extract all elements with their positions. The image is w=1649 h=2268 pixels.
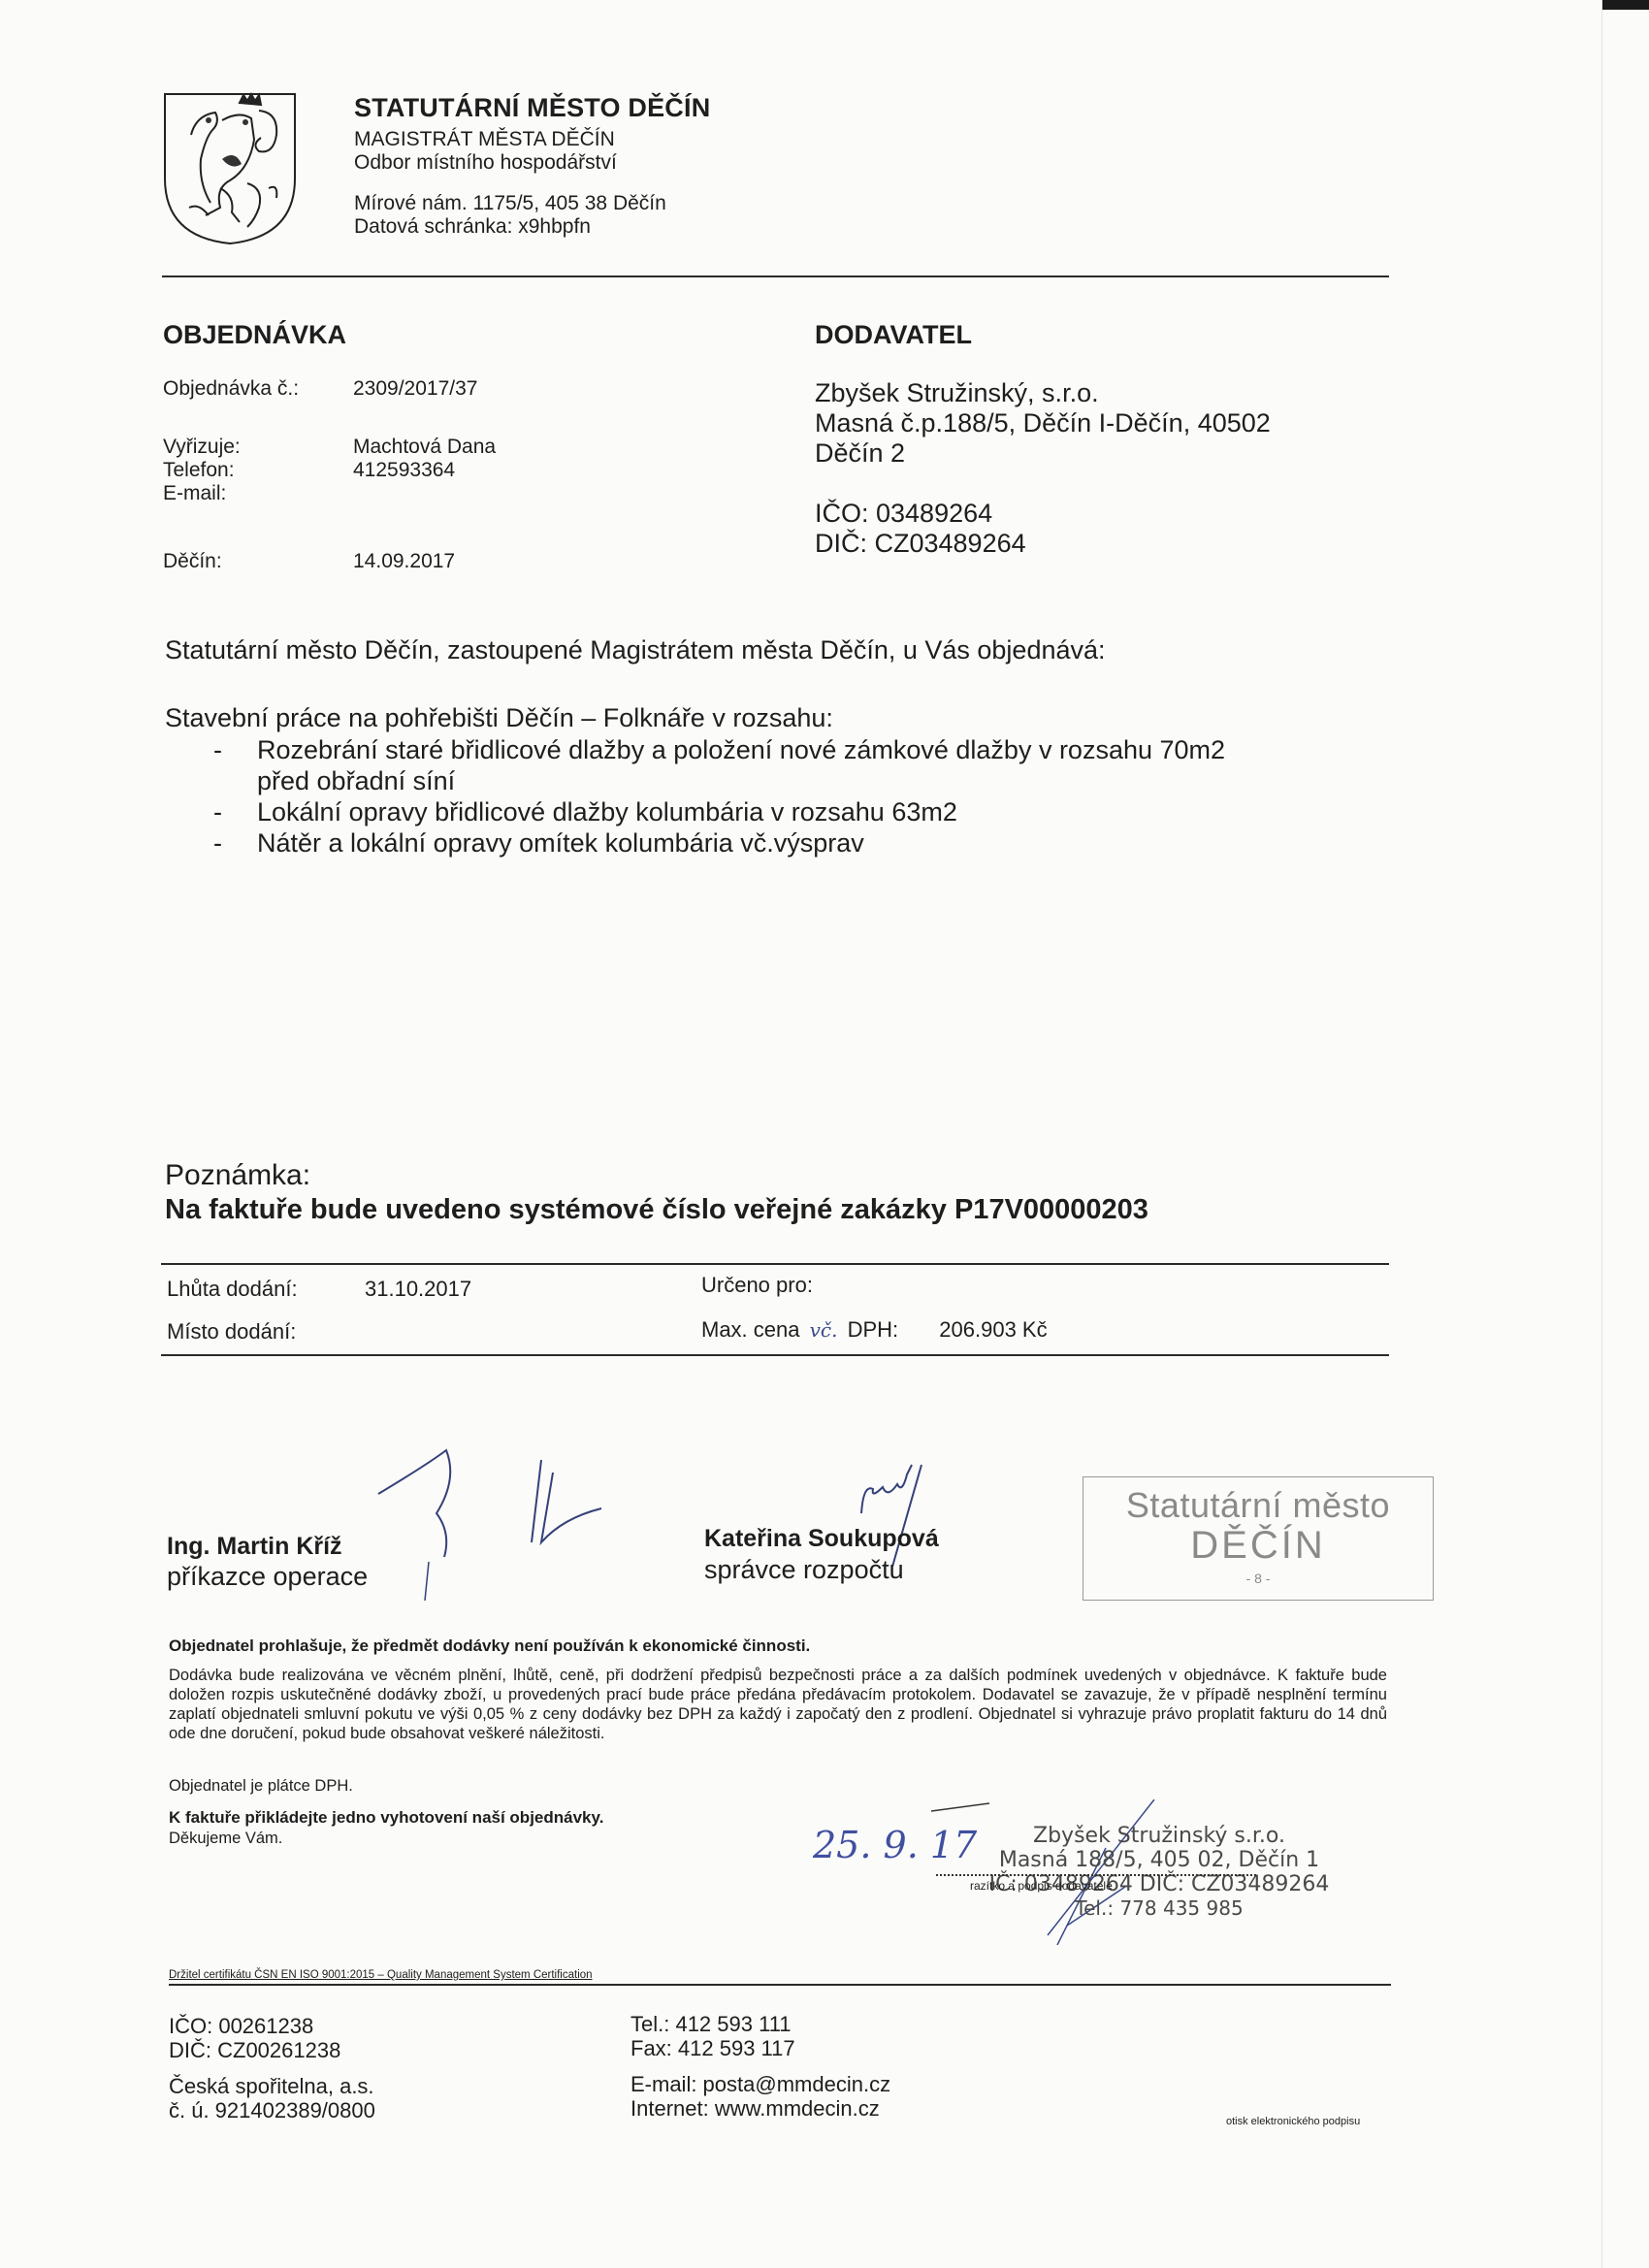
esign-caption: otisk elektronického podpisu: [1226, 2116, 1360, 2127]
city-stamp-line1: Statutární město: [1083, 1485, 1433, 1526]
order-number-value: 2309/2017/37: [353, 377, 477, 401]
signature-kriz-icon: [369, 1445, 621, 1601]
note-text: Na faktuře bude uvedeno systémové číslo …: [165, 1194, 1148, 1226]
handler-value: Machtová Dana: [353, 436, 496, 459]
supplier-stamp-line2: Masná 188/5, 405 02, Děčín 1: [980, 1848, 1339, 1872]
left-signer-name: Ing. Martin Kříž: [167, 1533, 342, 1561]
footer-bank: Česká spořitelna, a.s.: [169, 2074, 375, 2098]
date-value: 14.09.2017: [353, 550, 455, 573]
supplier-stamp: Zbyšek Stružinský s.r.o. Masná 188/5, 40…: [980, 1824, 1339, 1920]
supplier-stamp-line4: Tel.: 778 435 985: [980, 1896, 1339, 1920]
scope-item: - Lokální opravy břidlicové dlažby kolum…: [165, 796, 1426, 827]
supplier-name: Zbyšek Stružinský, s.r.o.: [815, 378, 1271, 408]
footer-left-block: IČO: 00261238 DIČ: CZ00261238 Česká spoř…: [169, 2014, 375, 2122]
scan-edge-artifact: [1602, 0, 1649, 10]
header-divider: [162, 275, 1389, 277]
dash-bullet: -: [213, 734, 222, 765]
scope-item-line: Rozebrání staré břidlicové dlažby a polo…: [257, 734, 1426, 765]
footer-email[interactable]: E-mail: posta@mmdecin.cz: [630, 2072, 890, 2096]
certification: Držitel certifikátu ČSN EN ISO 9001:2015…: [169, 1969, 593, 1981]
intended-for-label: Určeno pro:: [701, 1273, 813, 1298]
supplier-stamp-line1: Zbyšek Stružinský s.r.o.: [980, 1824, 1339, 1848]
city-stamp-line3: - 8 -: [1083, 1571, 1433, 1586]
declaration: Objednatel prohlašuje, že předmět dodávk…: [169, 1636, 810, 1656]
supplier-dic: DIČ: CZ03489264: [815, 529, 1271, 559]
deadline-value: 31.10.2017: [365, 1277, 471, 1302]
max-price-row: Max. cena vč. DPH: 206.903 Kč: [701, 1317, 1048, 1343]
supplier-ico: IČO: 03489264: [815, 499, 1271, 529]
org-title: STATUTÁRNÍ MĚSTO DĚČÍN: [354, 93, 710, 123]
delivery-bottom-divider: [161, 1354, 1389, 1356]
phone-value: 412593364: [353, 459, 455, 482]
intro-text: Statutární město Děčín, zastoupené Magis…: [165, 634, 1106, 665]
org-subtitle: MAGISTRÁT MĚSTA DĚČÍN: [354, 128, 617, 151]
scope-items: - Rozebrání staré břidlicové dlažby a po…: [165, 734, 1426, 859]
department: Odbor místního hospodářství: [354, 151, 617, 175]
delivery-top-divider: [161, 1263, 1389, 1265]
dash-bullet: -: [213, 827, 222, 859]
city-stamp-line2: DĚČÍN: [1083, 1526, 1433, 1565]
footer-dic: DIČ: CZ00261238: [169, 2038, 375, 2062]
order-number-label: Objednávka č.:: [163, 377, 299, 401]
max-price-label: Max. cena: [701, 1317, 800, 1342]
vat-label: DPH:: [848, 1317, 899, 1342]
supplier-block: Zbyšek Stružinský, s.r.o. Masná č.p.188/…: [815, 378, 1271, 559]
scope-item: - Nátěr a lokální opravy omítek kolumbár…: [165, 827, 1426, 859]
attach-note: K faktuře přikládejte jedno vyhotovení n…: [169, 1808, 603, 1828]
terms-paragraph: Dodávka bude realizována ve věcném plněn…: [169, 1666, 1387, 1743]
handler-label: Vyřizuje:: [163, 436, 241, 459]
place-label: Místo dodání:: [167, 1319, 296, 1345]
scope-item: - Rozebrání staré břidlicové dlažby a po…: [165, 734, 1426, 796]
scope-item-line: před obřadní síní: [257, 765, 1426, 796]
date-label: Děčín:: [163, 550, 222, 573]
vat-payer-note: Objednatel je plátce DPH.: [169, 1777, 353, 1796]
footer-divider: [169, 1984, 1391, 1986]
scan-line-artifact: [1601, 0, 1602, 2268]
right-signer-name: Kateřina Soukupová: [704, 1525, 939, 1553]
email-label: E-mail:: [163, 482, 226, 505]
signature-line: [936, 1874, 1256, 1876]
footer-account: č. ú. 921402389/0800: [169, 2098, 375, 2122]
scope-item-line: Nátěr a lokální opravy omítek kolumbária…: [257, 827, 1426, 859]
coat-of-arms-icon: [162, 91, 298, 246]
footer-web[interactable]: Internet: www.mmdecin.cz: [630, 2096, 890, 2121]
city-stamp: Statutární město DĚČÍN - 8 -: [1083, 1476, 1434, 1601]
footer-tel: Tel.: 412 593 111: [630, 2012, 890, 2036]
org-address-block: Mírové nám. 1175/5, 405 38 Děčín Datová …: [354, 192, 666, 239]
scope-item-line: Lokální opravy břidlicové dlažby kolumbá…: [257, 796, 1426, 827]
footer-ico: IČO: 00261238: [169, 2014, 375, 2038]
thanks: Děkujeme Vám.: [169, 1830, 282, 1848]
address: Mírové nám. 1175/5, 405 38 Děčín: [354, 192, 666, 215]
deadline-label: Lhůta dodání:: [167, 1277, 298, 1302]
note-label: Poznámka:: [165, 1159, 310, 1192]
dash-bullet: -: [213, 796, 222, 827]
phone-label: Telefon:: [163, 459, 235, 482]
left-signer-role: příkazce operace: [167, 1562, 368, 1592]
databox: Datová schránka: x9hbpfn: [354, 215, 666, 239]
supplier-address-line1: Masná č.p.188/5, Děčín I-Děčín, 40502: [815, 408, 1271, 438]
supplier-heading: DODAVATEL: [815, 320, 972, 350]
max-price-value: 206.903 Kč: [939, 1317, 1047, 1342]
order-heading: OBJEDNÁVKA: [163, 320, 346, 350]
scope-title: Stavební práce na pohřebišti Děčín – Fol…: [165, 702, 833, 733]
handwritten-incl: vč.: [810, 1318, 838, 1342]
org-subtitle-block: MAGISTRÁT MĚSTA DĚČÍN Odbor místního hos…: [354, 128, 617, 175]
signature-caption: razítko a podpis dodavatele: [970, 1879, 1113, 1893]
footer-right-block: Tel.: 412 593 111 Fax: 412 593 117 E-mai…: [630, 2012, 890, 2121]
right-signer-role: správce rozpočtu: [704, 1555, 904, 1585]
supplier-address-line2: Děčín 2: [815, 438, 1271, 469]
footer-fax: Fax: 412 593 117: [630, 2036, 890, 2060]
